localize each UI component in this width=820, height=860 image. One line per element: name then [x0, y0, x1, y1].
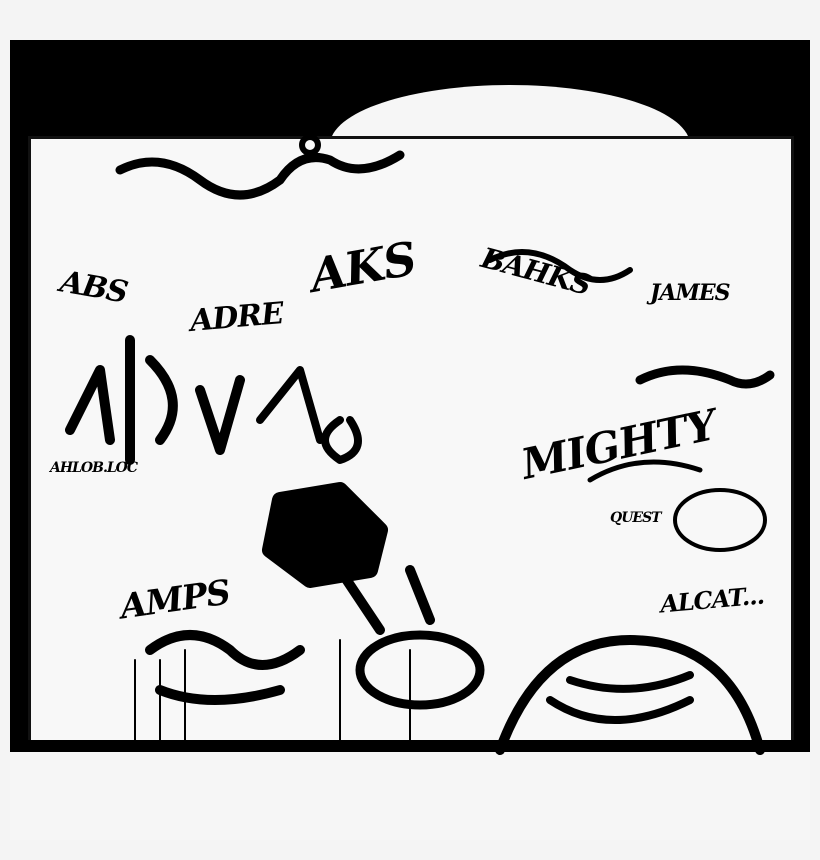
tag-text: JAMES — [650, 280, 730, 306]
tag-text: QUEST — [610, 510, 661, 526]
tag-text: AHLOB.LOC — [50, 460, 137, 476]
graffiti-photo: AKS ADRE ABS AHLOB.LOC MIGHTY AMPS ALCAT… — [10, 40, 810, 840]
